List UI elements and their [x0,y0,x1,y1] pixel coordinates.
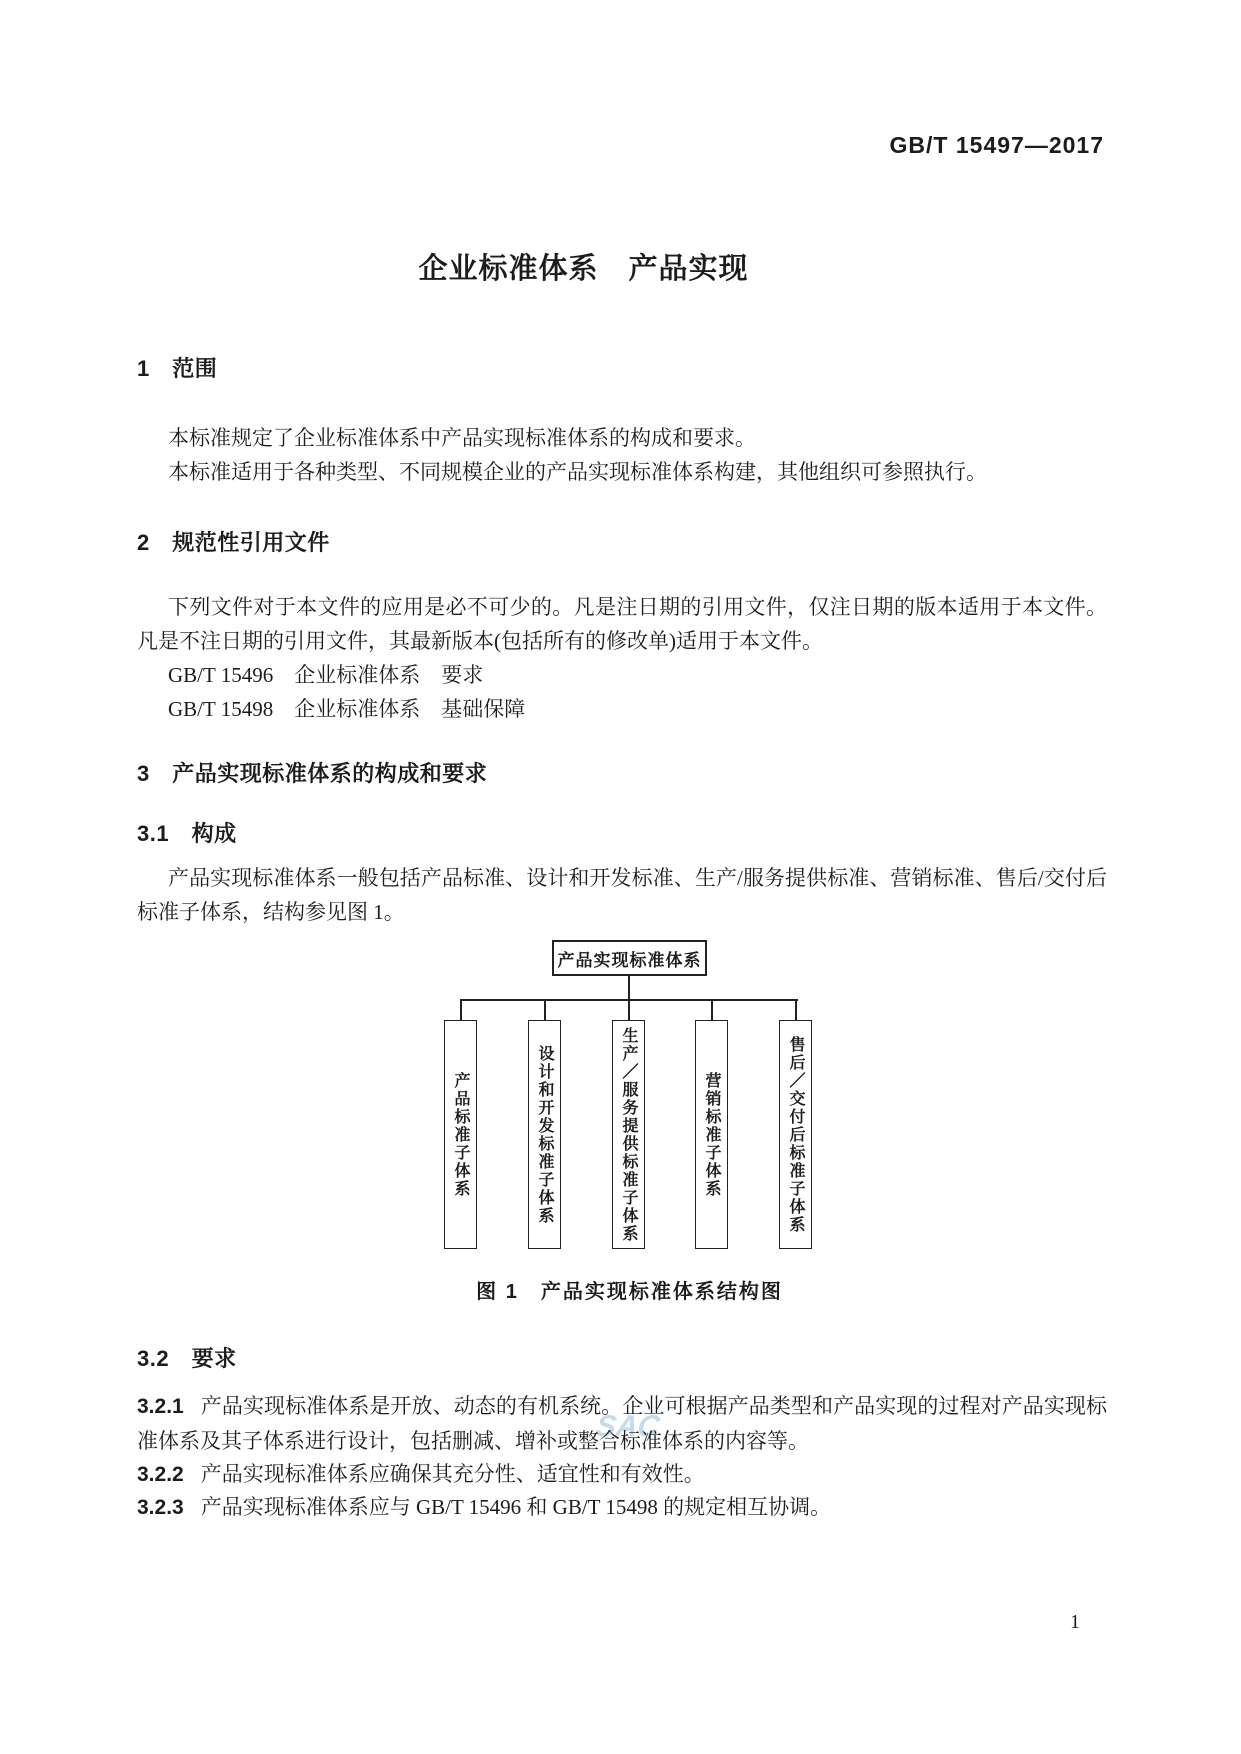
figure-root-box: 产品实现标准体系 [552,940,707,976]
standard-number: GB/T 15497—2017 [890,132,1104,159]
figure-caption: 图 1 产品实现标准体系结构图 [137,1275,1122,1304]
document-title: 企业标准体系 产品实现 [0,246,1204,287]
figure-sub-box-production-service: 生产／服务提供标准子体系 [612,1020,645,1249]
section-1-heading: 1 范围 [137,352,217,383]
section-2-body: 下列文件对于本文件的应用是必不可少的。凡是注日期的引用文件，仅注日期的版本适用于… [137,590,1107,726]
section-1-body: 本标准规定了企业标准体系中产品实现标准体系的构成和要求。 本标准适用于各种类型、… [137,421,1107,489]
connector-line [460,1000,462,1020]
clause-number: 3.2.2 [137,1463,184,1486]
figure-sub-box-product: 产品标准子体系 [444,1020,477,1249]
paragraph: 本标准规定了企业标准体系中产品实现标准体系的构成和要求。 [137,421,1107,455]
connector-line [628,1000,630,1020]
connector-line [795,1000,797,1020]
normative-reference: GB/T 15496 企业标准体系 要求 [137,658,1107,692]
figure-sub-box-aftersale-delivery: 售后／交付后标准子体系 [779,1020,812,1249]
figure-sub-box-marketing: 营销标准子体系 [695,1020,728,1249]
section-3-1-heading: 3.1 构成 [137,817,237,848]
sub-box-label: 设计和开发标准子体系 [533,1045,556,1225]
clause-3-2-1: 3.2.1产品实现标准体系是开放、动态的有机系统。企业可根据产品类型和产品实现的… [137,1389,1107,1458]
sub-box-label: 产品标准子体系 [449,1072,472,1198]
clause-number: 3.2.1 [137,1395,184,1418]
clause-text: 产品实现标准体系应确保其充分性、适宜性和有效性。 [201,1462,705,1486]
paragraph: 3.2.1产品实现标准体系是开放、动态的有机系统。企业可根据产品类型和产品实现的… [137,1389,1107,1458]
figure-sub-box-design-dev: 设计和开发标准子体系 [528,1020,561,1249]
clause-3-2-3: 3.2.3产品实现标准体系应与 GB/T 15496 和 GB/T 15498 … [137,1490,1107,1525]
normative-reference: GB/T 15498 企业标准体系 基础保障 [137,692,1107,726]
section-3-1-body: 产品实现标准体系一般包括产品标准、设计和开发标准、生产/服务提供标准、营销标准、… [137,861,1107,929]
connector-line [544,1000,546,1020]
section-3-heading: 3 产品实现标准体系的构成和要求 [137,757,487,788]
clause-number: 3.2.3 [137,1496,184,1519]
page-number: 1 [1055,1611,1095,1634]
sub-box-label: 营销标准子体系 [700,1072,723,1198]
clause-text: 产品实现标准体系应与 GB/T 15496 和 GB/T 15498 的规定相互… [201,1495,831,1519]
sub-box-label: 生产／服务提供标准子体系 [617,1027,640,1243]
clause-text: 产品实现标准体系是开放、动态的有机系统。企业可根据产品类型和产品实现的过程对产品… [137,1394,1107,1453]
paragraph: 产品实现标准体系一般包括产品标准、设计和开发标准、生产/服务提供标准、营销标准、… [137,861,1107,929]
sub-box-label: 售后／交付后标准子体系 [784,1036,807,1234]
paragraph: 下列文件对于本文件的应用是必不可少的。凡是注日期的引用文件，仅注日期的版本适用于… [137,590,1107,658]
section-3-2-heading: 3.2 要求 [137,1342,237,1373]
clause-3-2-2: 3.2.2产品实现标准体系应确保其充分性、适宜性和有效性。 [137,1457,1107,1492]
document-page: SAC GB/T 15497—2017 企业标准体系 产品实现 1 范围 本标准… [0,0,1241,1754]
section-2-heading: 2 规范性引用文件 [137,526,330,557]
paragraph: 本标准适用于各种类型、不同规模企业的产品实现标准体系构建，其他组织可参照执行。 [137,455,1107,489]
connector-line [628,976,630,999]
paragraph: 3.2.3产品实现标准体系应与 GB/T 15496 和 GB/T 15498 … [137,1490,1107,1525]
paragraph: 3.2.2产品实现标准体系应确保其充分性、适宜性和有效性。 [137,1457,1107,1492]
connector-line [711,1000,713,1020]
